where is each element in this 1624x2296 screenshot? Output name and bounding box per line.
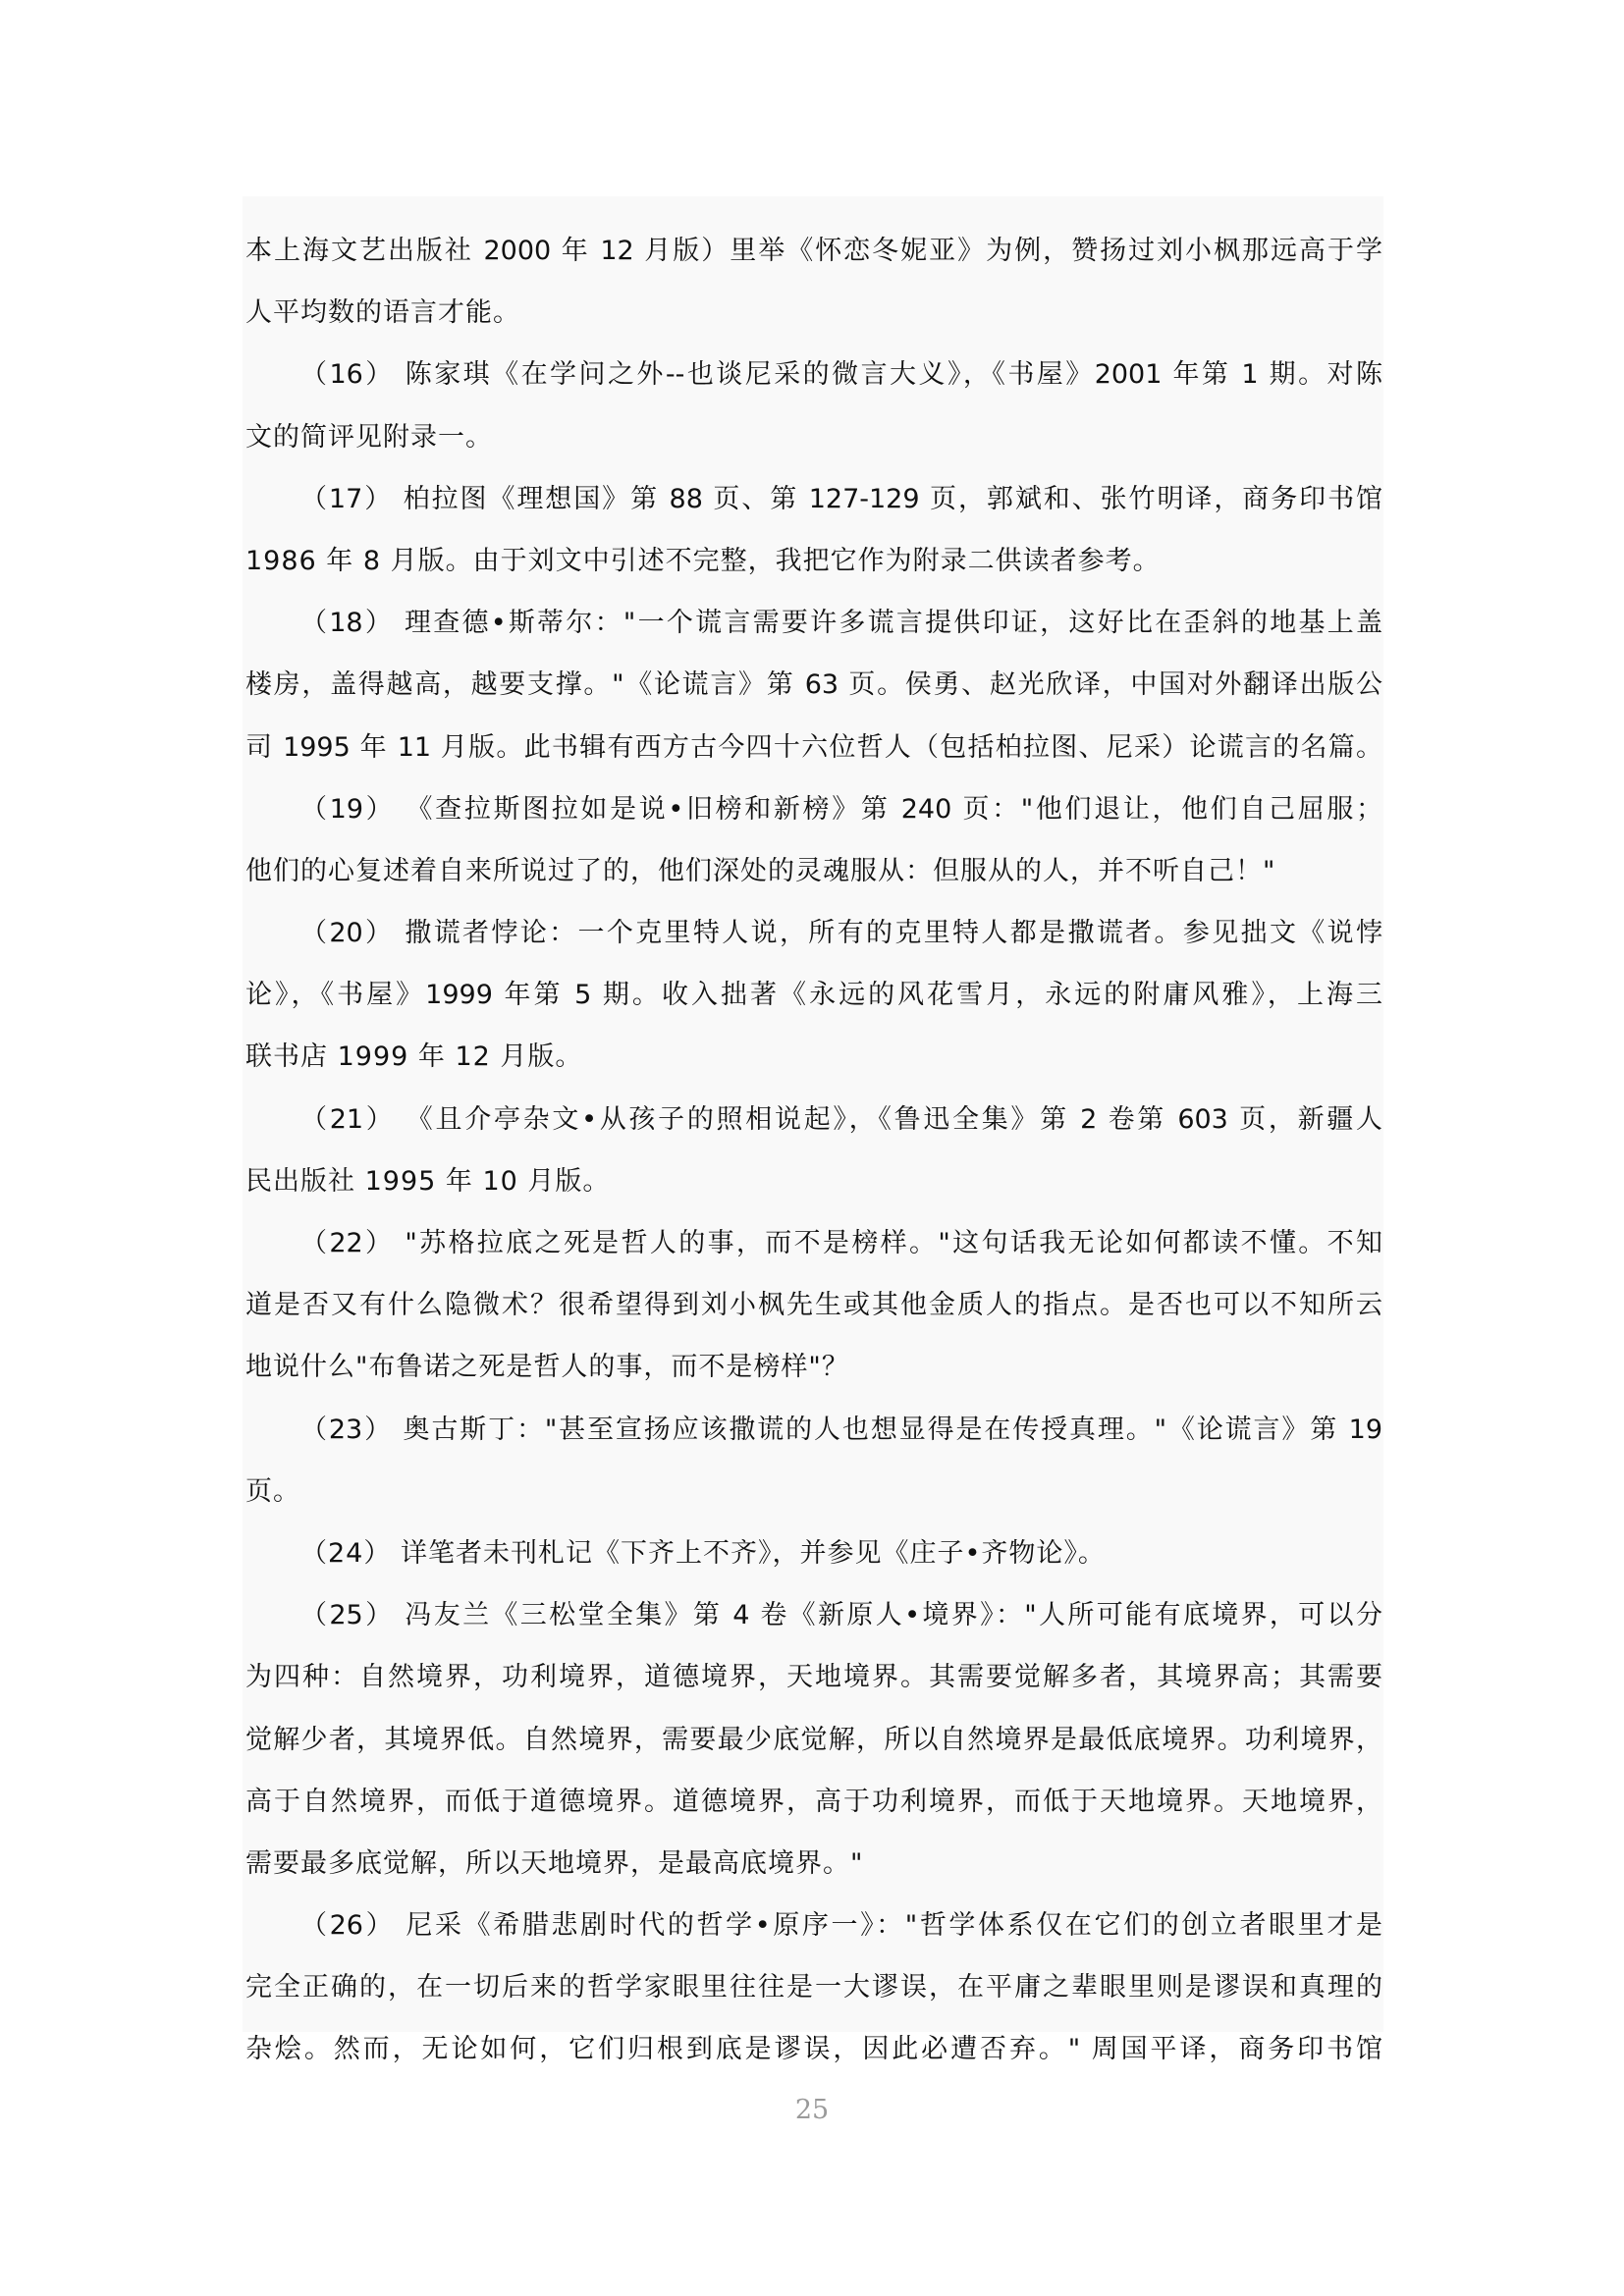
text-line: 司 1995 年 11 月版。此书辑有西方古今四十六位哲人（包括柏拉图、尼采）论… [245, 717, 1382, 778]
footnote-23: （23） 奥古斯丁："甚至宣扬应该撒谎的人也想显得是在传授真理。"《论谎言》第 … [245, 1399, 1382, 1522]
footnote-21: （21） 《且介亭杂文•从孩子的照相说起》，《鲁迅全集》第 2 卷第 603 页… [245, 1089, 1382, 1212]
text-line: （19） 《查拉斯图拉如是说•旧榜和新榜》第 240 页："他们退让，他们自己屈… [245, 778, 1382, 840]
paragraph-continuation: 本上海文艺出版社 2000 年 12 月版）里举《怀恋冬妮亚》为例，赞扬过刘小枫… [245, 220, 1382, 344]
footnote-20: （20） 撒谎者悖论：一个克里特人说，所有的克里特人都是撒谎者。参见拙文《说悖 … [245, 902, 1382, 1089]
text-line: 人平均数的语言才能。 [245, 282, 1382, 344]
text-line: （18） 理查德•斯蒂尔："一个谎言需要许多谎言提供印证，这好比在歪斜的地基上盖 [245, 592, 1382, 654]
text-line: （22） "苏格拉底之死是哲人的事，而不是榜样。"这句话我无论如何都读不懂。不知 [245, 1212, 1382, 1274]
footnote-19: （19） 《查拉斯图拉如是说•旧榜和新榜》第 240 页："他们退让，他们自己屈… [245, 778, 1382, 902]
text-line: 觉解少者，其境界低。自然境界，需要最少底觉解，所以自然境界是最低底境界。功利境界… [245, 1709, 1382, 1771]
text-line: （25） 冯友兰《三松堂全集》第 4 卷《新原人•境界》："人所可能有底境界，可… [245, 1584, 1382, 1646]
footnote-26: （26） 尼采《希腊悲剧时代的哲学•原序一》："哲学体系仅在它们的创立者眼里才是… [245, 1895, 1382, 2081]
footnote-24: （24） 详笔者未刊札记《下齐上不齐》，并参见《庄子•齐物论》。 [245, 1522, 1382, 1584]
footnote-16: （16） 陈家琪《在学问之外--也谈尼采的微言大义》，《书屋》2001 年第 1… [245, 344, 1382, 467]
document-page: 本上海文艺出版社 2000 年 12 月版）里举《怀恋冬妮亚》为例，赞扬过刘小枫… [0, 0, 1624, 2296]
text-line: （20） 撒谎者悖论：一个克里特人说，所有的克里特人都是撒谎者。参见拙文《说悖 [245, 902, 1382, 964]
text-line: 楼房，盖得越高，越要支撑。"《论谎言》第 63 页。侯勇、赵光欣译，中国对外翻译… [245, 654, 1382, 716]
text-line: 地说什么"布鲁诺之死是哲人的事，而不是榜样"？ [245, 1336, 1382, 1398]
text-line: 为四种：自然境界，功利境界，道德境界，天地境界。其需要觉解多者，其境界高；其需要 [245, 1646, 1382, 1708]
text-line: （21） 《且介亭杂文•从孩子的照相说起》，《鲁迅全集》第 2 卷第 603 页… [245, 1089, 1382, 1150]
text-line: 1986 年 8 月版。由于刘文中引述不完整，我把它作为附录二供读者参考。 [245, 530, 1382, 592]
text-line: 页。 [245, 1461, 1382, 1522]
text-line: 文的简评见附录一。 [245, 406, 1382, 468]
footnotes-body: 本上海文艺出版社 2000 年 12 月版）里举《怀恋冬妮亚》为例，赞扬过刘小枫… [245, 220, 1382, 2081]
footnote-25: （25） 冯友兰《三松堂全集》第 4 卷《新原人•境界》："人所可能有底境界，可… [245, 1584, 1382, 1895]
text-line: （24） 详笔者未刊札记《下齐上不齐》，并参见《庄子•齐物论》。 [245, 1522, 1382, 1584]
page-number: 25 [0, 2095, 1624, 2125]
footnote-17: （17） 柏拉图《理想国》第 88 页、第 127-129 页，郭斌和、张竹明译… [245, 468, 1382, 592]
text-line: 民出版社 1995 年 10 月版。 [245, 1150, 1382, 1212]
text-line: 联书店 1999 年 12 月版。 [245, 1026, 1382, 1088]
text-block: 本上海文艺出版社 2000 年 12 月版）里举《怀恋冬妮亚》为例，赞扬过刘小枫… [243, 196, 1383, 2032]
text-line: 道是否又有什么隐微术？很希望得到刘小枫先生或其他金质人的指点。是否也可以不知所云 [245, 1274, 1382, 1336]
text-line: 本上海文艺出版社 2000 年 12 月版）里举《怀恋冬妮亚》为例，赞扬过刘小枫… [245, 220, 1382, 282]
text-line: （26） 尼采《希腊悲剧时代的哲学•原序一》："哲学体系仅在它们的创立者眼里才是 [245, 1895, 1382, 1956]
footnote-18: （18） 理查德•斯蒂尔："一个谎言需要许多谎言提供印证，这好比在歪斜的地基上盖… [245, 592, 1382, 778]
text-line: （23） 奥古斯丁："甚至宣扬应该撒谎的人也想显得是在传授真理。"《论谎言》第 … [245, 1399, 1382, 1461]
footnote-22: （22） "苏格拉底之死是哲人的事，而不是榜样。"这句话我无论如何都读不懂。不知… [245, 1212, 1382, 1399]
text-line: 他们的心复述着自来所说过了的，他们深处的灵魂服从：但服从的人，并不听自己！" [245, 840, 1382, 902]
text-line: 杂烩。然而，无论如何，它们归根到底是谬误，因此必遭否弃。" 周国平译，商务印书馆 [245, 2018, 1382, 2080]
text-line: 完全正确的，在一切后来的哲学家眼里往往是一大谬误，在平庸之辈眼里则是谬误和真理的 [245, 1956, 1382, 2018]
text-line: （16） 陈家琪《在学问之外--也谈尼采的微言大义》，《书屋》2001 年第 1… [245, 344, 1382, 405]
text-line: 论》，《书屋》1999 年第 5 期。收入拙著《永远的风花雪月，永远的附庸风雅》… [245, 964, 1382, 1026]
text-line: （17） 柏拉图《理想国》第 88 页、第 127-129 页，郭斌和、张竹明译… [245, 468, 1382, 530]
text-line: 需要最多底觉解，所以天地境界，是最高底境界。" [245, 1833, 1382, 1895]
text-line: 高于自然境界，而低于道德境界。道德境界，高于功利境界，而低于天地境界。天地境界， [245, 1771, 1382, 1833]
